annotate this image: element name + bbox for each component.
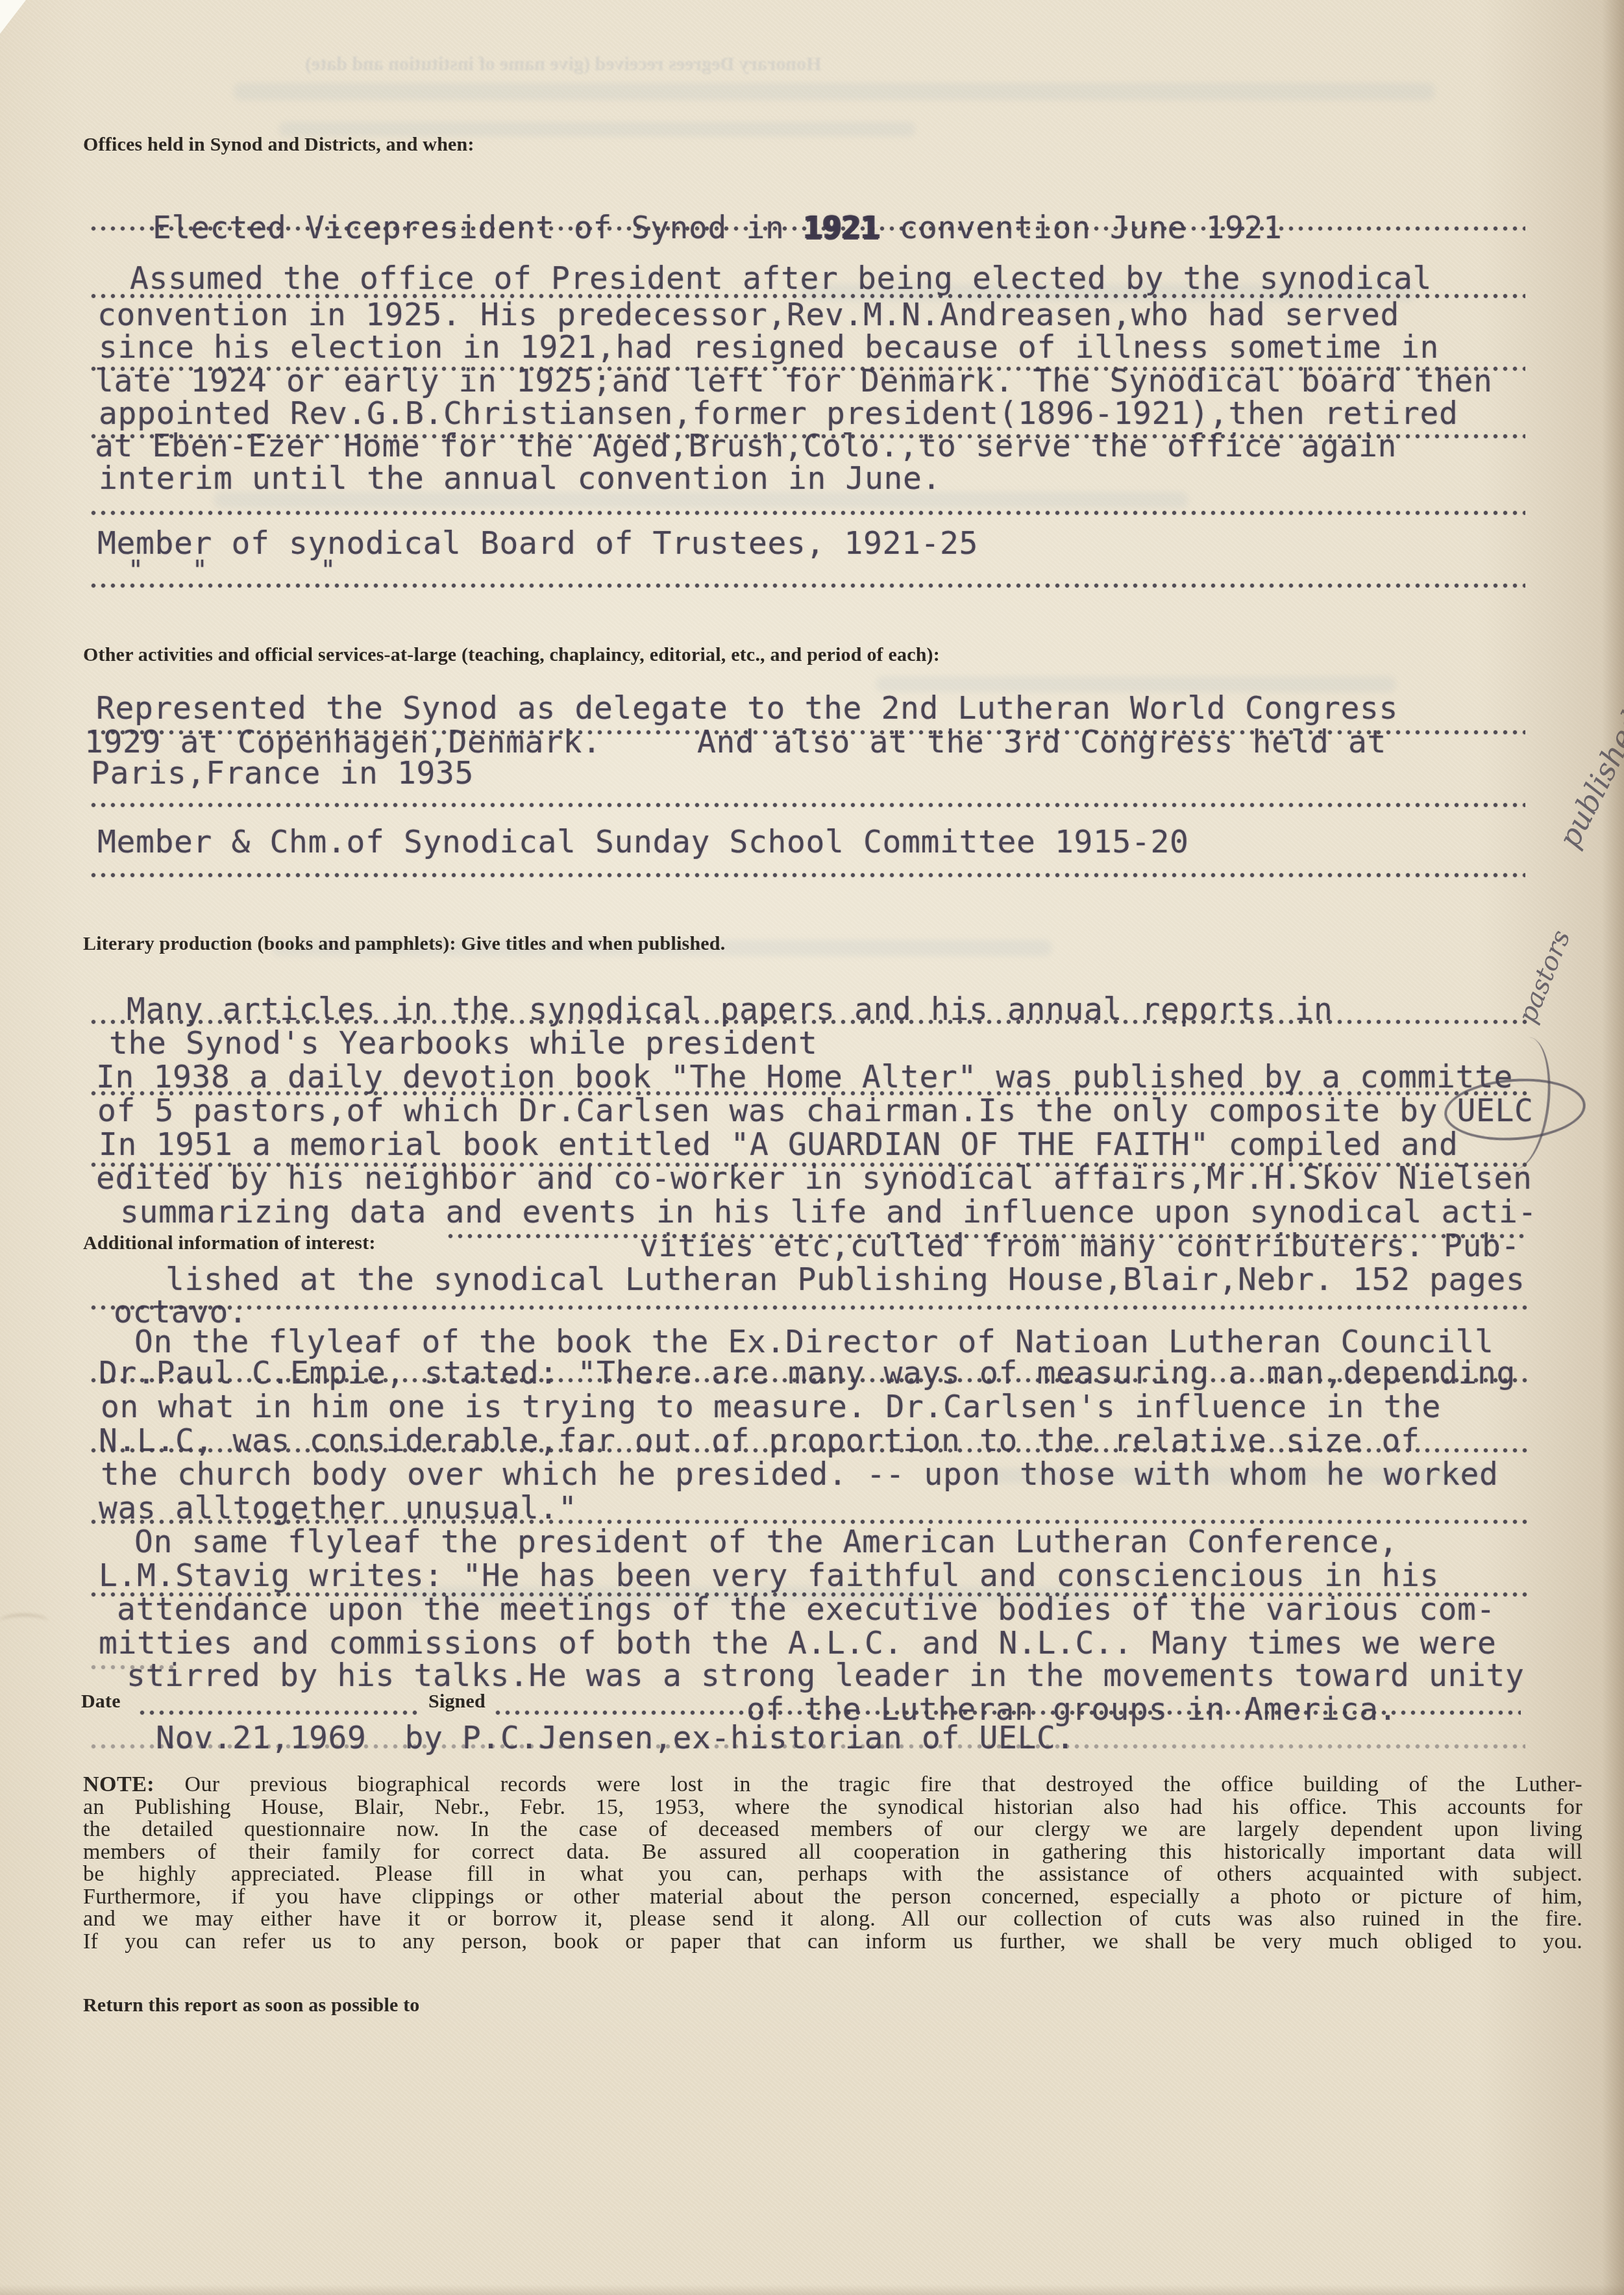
return-instruction: Return this report as soon as possible t… <box>83 1994 420 2016</box>
note-label: NOTE: <box>83 1772 154 1796</box>
literary-line: edited by his neighbor and co-worker in … <box>96 1162 1532 1195</box>
offices-paragraph-line: Assumed the office of President after be… <box>130 262 1432 295</box>
offices-paragraph-line: convention in 1925. His predecessor,Rev.… <box>97 299 1399 331</box>
dotted-rule <box>91 510 1525 515</box>
typed-line-elected: Elected Vicepresident of Synod in 1921 c… <box>153 212 1282 244</box>
paper-edge-right <box>1602 0 1624 2295</box>
bleed-through-smudge <box>234 83 1434 100</box>
additional-heading: Additional information of interest: <box>83 1232 376 1254</box>
additional-line: N.L.C, was considerable,far out of propo… <box>99 1424 1420 1457</box>
offices-paragraph-line: since his election in 1921,had resigned … <box>99 331 1439 364</box>
note-line: the detailed questionnaire now. In the c… <box>83 1818 1582 1841</box>
date-leader-dots <box>140 1710 419 1715</box>
note-line: an Publishing House, Blair, Nebr., Febr.… <box>83 1796 1582 1819</box>
additional-line: On the flyleaf of the book the Ex.Direct… <box>134 1326 1494 1358</box>
literary-line: In 1938 a daily devotion book "The Home … <box>96 1061 1513 1093</box>
activities-line: Represented the Synod as delegate to the… <box>96 692 1398 725</box>
additional-line: Dr.Paul C.Empie, stated: "There are many… <box>99 1357 1516 1389</box>
offices-paragraph-line: late 1924 or early in 1925;and left for … <box>95 365 1492 397</box>
activities-heading: Other activities and official services-a… <box>83 644 940 666</box>
note-line: be highly appreciated. Please fill in wh… <box>83 1863 1582 1886</box>
elected-pre: Elected Vicepresident of Synod in <box>153 210 804 246</box>
offices-paragraph-line: at Eben-Ezer Home for the Aged,Brush,Col… <box>95 430 1397 462</box>
offices-paragraph-line: interim until the annual convention in J… <box>99 462 941 495</box>
paper-crease <box>0 1614 48 1629</box>
handwriting-pastors: pastors <box>1512 926 1577 1027</box>
ditto-marks: " " " <box>128 554 336 587</box>
activities-line: Paris,France in 1935 <box>91 757 474 789</box>
offices-paragraph-line: appointed Rev.G.B.Christiansen,former pr… <box>99 397 1458 430</box>
literary-line: of 5 pastors,of which Dr.Carlsen was cha… <box>97 1095 1533 1127</box>
date-label: Date <box>81 1691 121 1713</box>
note-line: If you can refer us to any person, book … <box>83 1931 1582 1954</box>
literary-line: summarizing data and events in his life … <box>120 1196 1537 1228</box>
note-paragraph: NOTE: Our previous biographical records … <box>83 1774 1582 1953</box>
dotted-rule <box>91 873 1525 878</box>
literary-line: Many articles in the synodical papers an… <box>127 993 1333 1026</box>
scanned-questionnaire-page: Honorary Degrees received (give name of … <box>0 0 1624 2295</box>
typed-signature-line: Nov.21,1969 by P.C.Jensen,ex-historian o… <box>156 1722 1075 1754</box>
additional-line: attendance upon the meetings of the exec… <box>117 1593 1495 1626</box>
additional-line: L.M.Stavig writes: "He has been very fai… <box>99 1559 1439 1592</box>
dotted-rule <box>91 802 1525 808</box>
elected-post: convention June 1921 <box>880 210 1282 246</box>
additional-line: stirred by his talks.He was a strong lea… <box>127 1659 1524 1692</box>
sunday-school-committee-line: Member & Chm.of Synodical Sunday School … <box>97 826 1188 858</box>
paper-edge-bottom <box>0 2285 1624 2295</box>
note-line: NOTE: Our previous biographical records … <box>83 1774 1582 1796</box>
additional-line: vities etc,culled from many contributers… <box>639 1230 1520 1262</box>
literary-heading: Literary production (books and pamphlets… <box>83 933 725 955</box>
note-line: members of their family for correct data… <box>83 1841 1582 1864</box>
scan-corner <box>0 0 26 34</box>
overstruck-year: 1921 <box>804 210 880 246</box>
literary-line: In 1951 a memorial book entitled "A GUAR… <box>99 1128 1458 1161</box>
dotted-rule <box>91 1305 1529 1310</box>
additional-line: was alltogether unusual." <box>99 1492 577 1524</box>
signed-label: Signed <box>428 1691 486 1713</box>
additional-line: mitties and commissions of both the A.L.… <box>99 1627 1496 1659</box>
literary-line: the Synod's Yearbooks while president <box>109 1027 817 1060</box>
note-line: and we may either have it or borrow it, … <box>83 1908 1582 1931</box>
activities-line: 1929 at Copenhagen,Denmark. And also at … <box>84 726 1386 758</box>
offices-heading: Offices held in Synod and Districts, and… <box>83 134 474 156</box>
additional-line: lished at the synodical Lutheran Publish… <box>166 1263 1525 1296</box>
note-line: Furthermore, if you have clippings or ot… <box>83 1886 1582 1909</box>
additional-line: on what in him one is trying to measure.… <box>101 1391 1441 1423</box>
additional-line: On same flyleaf the president of the Ame… <box>134 1526 1398 1558</box>
bleed-through-heading: Honorary Degrees received (give name of … <box>305 53 821 75</box>
additional-line: the church body over which he presided. … <box>101 1458 1498 1491</box>
